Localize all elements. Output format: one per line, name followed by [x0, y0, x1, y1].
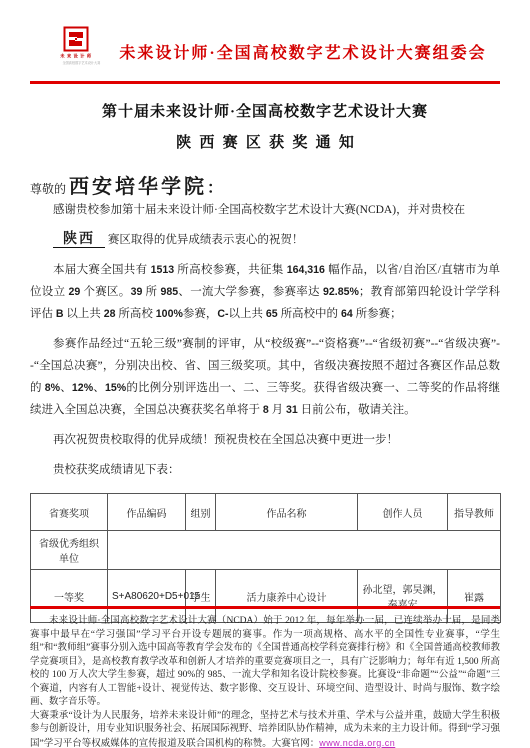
- greeting-line: 尊敬的 西安培华学院：: [30, 170, 500, 199]
- organizer-name: 未来设计师·全国高校数字艺术设计大赛组委会: [106, 26, 500, 63]
- cell-org-merged-empty: [108, 531, 501, 570]
- ncda-logo-icon: [63, 26, 89, 52]
- awards-table: 省赛奖项 作品编码 组别 作品名称 创作人员 指导教师 省级优秀组织单位 一等奖…: [30, 493, 501, 623]
- col-header-creators: 创作人员: [358, 494, 448, 531]
- footer-mission-text: 大赛秉承“设计为人民服务，培养未来设计师”的理念，坚持艺术与技术并重、学术与公益…: [30, 711, 500, 748]
- paragraph-congrats-again: 再次祝贺贵校取得的优异成绩！预祝贵校在全国总决赛中更进一步！: [30, 429, 500, 451]
- table-row-organization: 省级优秀组织单位: [31, 531, 501, 570]
- greeting-prefix: 尊敬的: [30, 182, 66, 196]
- col-header-teacher: 指导教师: [448, 494, 501, 531]
- cell-org-award: 省级优秀组织单位: [31, 531, 108, 570]
- paragraph-table-intro: 贵校获奖成绩请见下表：: [30, 459, 500, 481]
- greeting-colon: ：: [207, 180, 223, 197]
- col-header-award: 省赛奖项: [31, 494, 108, 531]
- paragraph-congrats: 陕西 赛区取得的优异成绩表示衷心的祝贺！: [30, 229, 500, 251]
- paragraph-statistics: 本届大赛全国共有 1513 所高校参赛，共征集 164,316 幅作品，以省/自…: [30, 259, 500, 325]
- document-subtitle: 陕西赛区获奖通知: [30, 131, 500, 152]
- footer-about-paragraph: 未来设计师·全国高校数字艺术设计大赛（NCDA）始于 2012 年，每年举办一届…: [30, 615, 500, 710]
- table-header-row: 省赛奖项 作品编码 组别 作品名称 创作人员 指导教师: [31, 494, 501, 531]
- footer-mission-paragraph: 大赛秉承“设计为人民服务，培养未来设计师”的理念，坚持艺术与技术并重、学术与公益…: [30, 710, 500, 748]
- official-website-link[interactable]: www.ncda.org.cn: [319, 738, 395, 748]
- ncda-logo: 未 来 设 计 师 全国高校数字艺术设计大赛: [30, 26, 106, 71]
- congrats-text: 赛区取得的优异成绩表示衷心的祝贺！: [105, 234, 303, 246]
- logo-caption-secondary: 全国高校数字艺术设计大赛: [63, 61, 90, 66]
- paragraph-competition-system: 参赛作品经过“五轮三级”赛制的评审，从“校级赛”--“资格赛”--“省级初赛”-…: [30, 333, 500, 421]
- school-name: 西安培华学院: [69, 176, 207, 198]
- document-title: 第十届未来设计师·全国高校数字艺术设计大赛: [30, 100, 500, 121]
- logo-caption-primary: 未 来 设 计 师: [57, 53, 94, 59]
- col-header-code: 作品编码: [108, 494, 186, 531]
- header-divider: [30, 81, 500, 84]
- region-name-underlined: 陕西: [53, 232, 105, 248]
- letterhead: 未 来 设 计 师 全国高校数字艺术设计大赛 未来设计师·全国高校数字艺术设计大…: [30, 0, 500, 71]
- award-notice-document: 未 来 设 计 师 全国高校数字艺术设计大赛 未来设计师·全国高校数字艺术设计大…: [0, 0, 530, 748]
- paragraph-thanks: 感谢贵校参加第十届未来设计师·全国高校数字艺术设计大赛(NCDA)，并对贵校在: [30, 199, 500, 221]
- footer-divider: [30, 606, 500, 609]
- col-header-work: 作品名称: [216, 494, 358, 531]
- col-header-group: 组别: [186, 494, 216, 531]
- footer: 未来设计师·全国高校数字艺术设计大赛（NCDA）始于 2012 年，每年举办一届…: [30, 606, 500, 748]
